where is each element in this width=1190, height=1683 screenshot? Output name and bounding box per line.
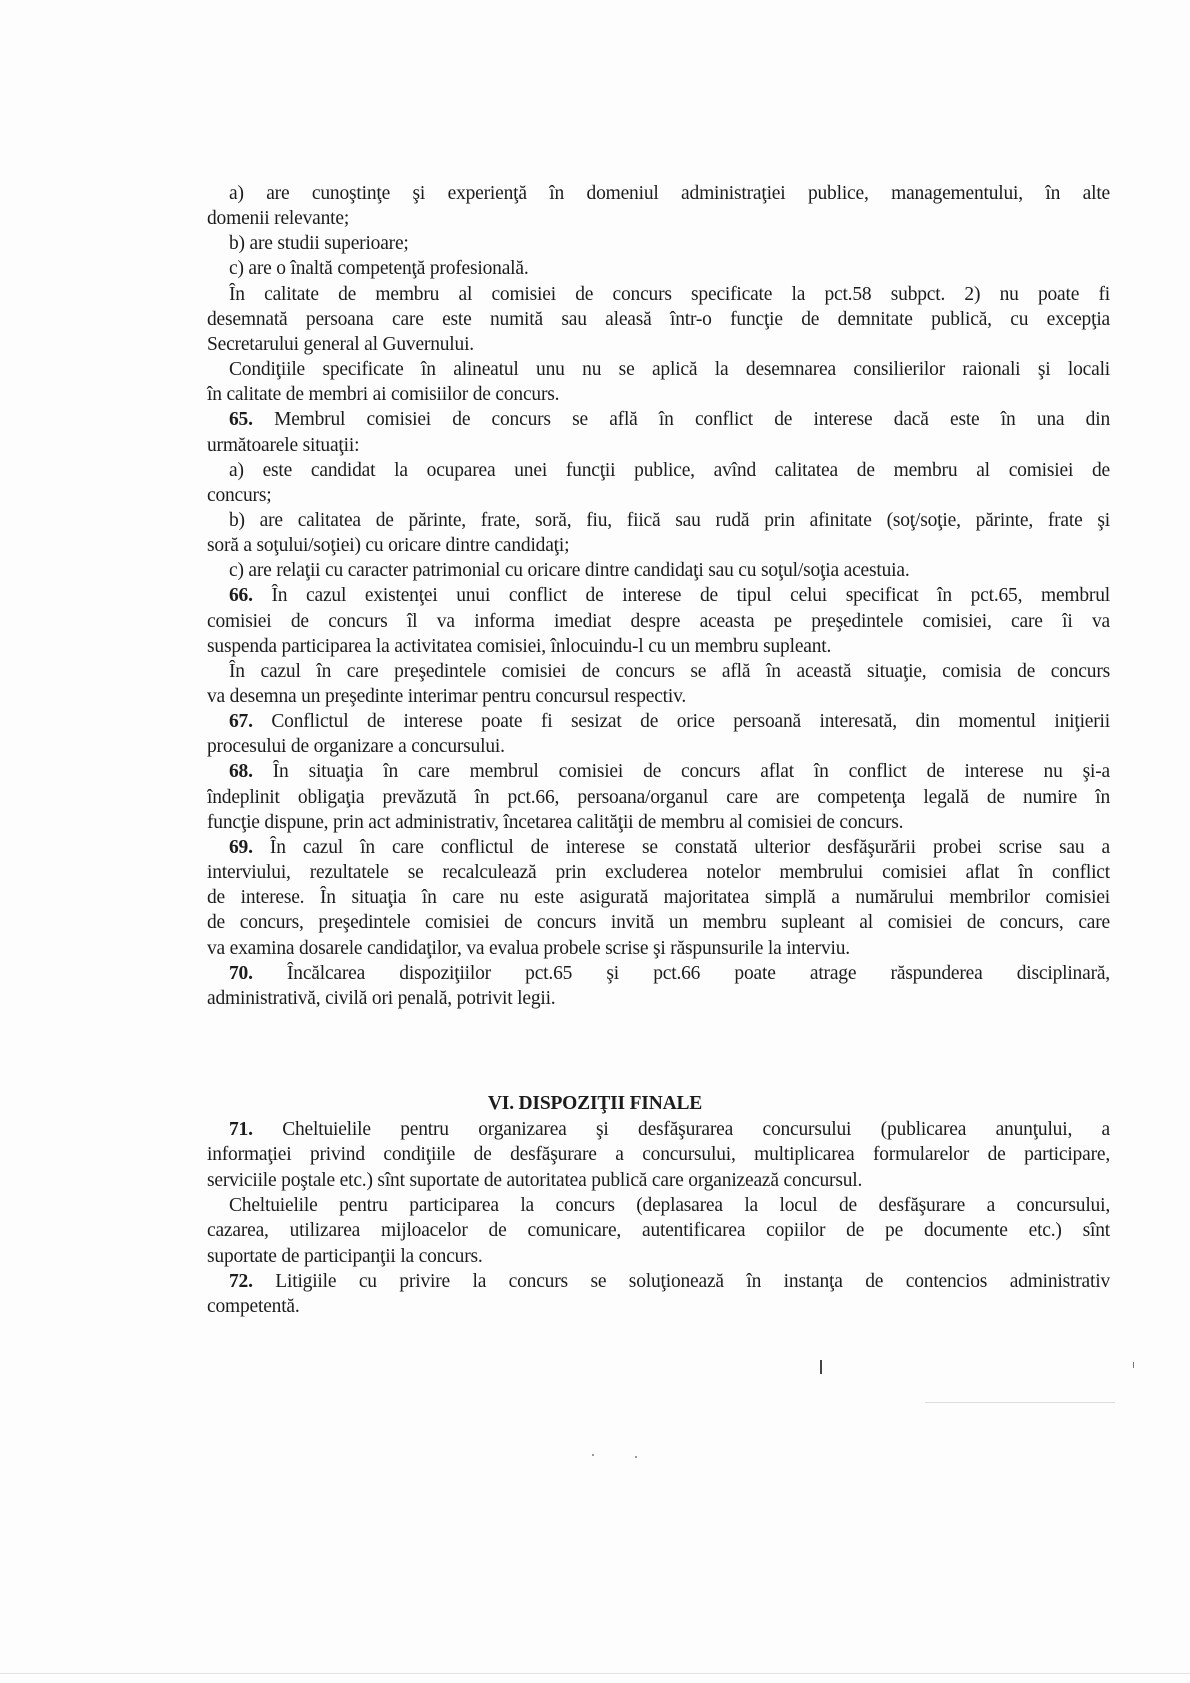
paragraph-line: domenii relevante; xyxy=(207,207,349,231)
point-number: 65. xyxy=(229,409,253,430)
line-text: Conflictul de interese poate fi sesizat … xyxy=(253,711,1110,732)
line-text: În cazul existenţei unui conflict de int… xyxy=(253,585,1110,606)
paragraph-line: Condiţiile specificate în alineatul unu … xyxy=(229,358,1110,382)
line-text: următoarele situaţii: xyxy=(207,435,359,456)
paragraph-line: în calitate de membri ai comisiilor de c… xyxy=(207,383,559,407)
point-number: 71. xyxy=(229,1119,253,1140)
line-text: În cazul în care preşedintele comisiei d… xyxy=(229,661,1110,682)
paragraph-line: de concurs, preşedintele comisiei de con… xyxy=(207,911,1110,935)
paragraph-line: a) are cunoştinţe şi experienţă în domen… xyxy=(229,182,1110,206)
line-text: soră a soţului/soţiei) cu oricare dintre… xyxy=(207,535,569,556)
paragraph-line: îndeplinit obligaţia prevăzută în pct.66… xyxy=(207,786,1110,810)
paragraph-line: serviciile poştale etc.) sînt suportate … xyxy=(207,1169,862,1193)
paragraph-line: soră a soţului/soţiei) cu oricare dintre… xyxy=(207,534,569,558)
paragraph-line: desemnată persoana care este numită sau … xyxy=(207,308,1110,332)
paragraph-line: a) este candidat la ocuparea unei funcţi… xyxy=(229,459,1110,483)
paragraph-line: c) are relaţii cu caracter patrimonial c… xyxy=(229,559,910,583)
scan-mark xyxy=(592,1454,594,1456)
line-text: de interese. În situaţia în care nu este… xyxy=(207,887,1110,908)
line-text: va desemna un preşedinte interimar pentr… xyxy=(207,686,686,707)
line-text: informaţiei privind condiţiile de desfăş… xyxy=(207,1144,1110,1165)
line-text: Încălcarea dispoziţiilor pct.65 şi pct.6… xyxy=(253,963,1110,984)
point-number: 70. xyxy=(229,963,253,984)
line-text: c) are o înaltă competenţă profesională. xyxy=(229,258,529,279)
point-number: 66. xyxy=(229,585,253,606)
line-text: b) are studii superioare; xyxy=(229,233,409,254)
line-text: competentă. xyxy=(207,1296,300,1317)
line-text: în calitate de membri ai comisiilor de c… xyxy=(207,384,559,405)
line-text: c) are relaţii cu caracter patrimonial c… xyxy=(229,560,910,581)
paragraph-line: suspenda participarea la activitatea com… xyxy=(207,635,831,659)
paragraph-line: interviului, rezultatele se recalculează… xyxy=(207,861,1110,885)
paragraph-line: va examina dosarele candidaţilor, va eva… xyxy=(207,937,850,961)
paragraph-line: informaţiei privind condiţiile de desfăş… xyxy=(207,1143,1110,1167)
paragraph-line: suportate de participanţii la concurs. xyxy=(207,1245,483,1269)
line-text: Cheltuielile pentru organizarea şi desfă… xyxy=(253,1119,1110,1140)
scan-mark xyxy=(635,1456,637,1458)
paragraph-line: Cheltuielile pentru participarea la conc… xyxy=(229,1194,1110,1218)
paragraph-line: Secretarului general al Guvernului. xyxy=(207,333,474,357)
paragraph-line-numbered: 65. Membrul comisiei de concurs se află … xyxy=(229,408,1110,432)
line-text: interviului, rezultatele se recalculează… xyxy=(207,862,1110,883)
line-text: Litigiile cu privire la concurs se soluţ… xyxy=(253,1271,1110,1292)
line-text: comisiei de concurs îl va informa imedia… xyxy=(207,611,1110,632)
line-text: Cheltuielile pentru participarea la conc… xyxy=(229,1195,1110,1216)
point-number: 72. xyxy=(229,1271,253,1292)
point-number: 67. xyxy=(229,711,253,732)
section-heading: VI. DISPOZIŢII FINALE xyxy=(0,1092,1190,1116)
paragraph-line-numbered: 70. Încălcarea dispoziţiilor pct.65 şi p… xyxy=(229,962,1110,986)
line-text: serviciile poştale etc.) sînt suportate … xyxy=(207,1170,862,1191)
paragraph-line-numbered: 66. În cazul existenţei unui conflict de… xyxy=(229,584,1110,608)
paragraph-line: de interese. În situaţia în care nu este… xyxy=(207,886,1110,910)
line-text: domenii relevante; xyxy=(207,208,349,229)
paragraph-line: c) are o înaltă competenţă profesională. xyxy=(229,257,529,281)
paragraph-line: procesului de organizare a concursului. xyxy=(207,735,505,759)
line-text: b) are calitatea de părinte, frate, soră… xyxy=(229,510,1110,531)
scan-mark xyxy=(820,1360,822,1374)
paragraph-line: cazarea, utilizarea mijloacelor de comun… xyxy=(207,1219,1110,1243)
line-text: concurs; xyxy=(207,485,271,506)
line-text: va examina dosarele candidaţilor, va eva… xyxy=(207,938,850,959)
paragraph-line-numbered: 67. Conflictul de interese poate fi sesi… xyxy=(229,710,1110,734)
line-text: cazarea, utilizarea mijloacelor de comun… xyxy=(207,1220,1110,1241)
paragraph-line-numbered: 72. Litigiile cu privire la concurs se s… xyxy=(229,1270,1110,1294)
line-text: de concurs, preşedintele comisiei de con… xyxy=(207,912,1110,933)
line-text: îndeplinit obligaţia prevăzută în pct.66… xyxy=(207,787,1110,808)
line-text: Condiţiile specificate în alineatul unu … xyxy=(229,359,1110,380)
scan-mark xyxy=(1133,1362,1134,1368)
paragraph-line: va desemna un preşedinte interimar pentr… xyxy=(207,685,686,709)
paragraph-line: administrativă, civilă ori penală, potri… xyxy=(207,987,555,1011)
paragraph-line: În calitate de membru al comisiei de con… xyxy=(229,283,1110,307)
line-text: procesului de organizare a concursului. xyxy=(207,736,505,757)
point-number: 69. xyxy=(229,837,253,858)
line-text: funcţie dispune, prin act administrativ,… xyxy=(207,812,903,833)
paragraph-line: următoarele situaţii: xyxy=(207,434,359,458)
line-text: În calitate de membru al comisiei de con… xyxy=(229,284,1110,305)
paragraph-line: b) are studii superioare; xyxy=(229,232,409,256)
paragraph-line: comisiei de concurs îl va informa imedia… xyxy=(207,610,1110,634)
line-text: Membrul comisiei de concurs se află în c… xyxy=(253,409,1110,430)
paragraph-line: b) are calitatea de părinte, frate, soră… xyxy=(229,509,1110,533)
page-edge xyxy=(0,1673,1190,1674)
paragraph-line: concurs; xyxy=(207,484,271,508)
paragraph-line-numbered: 71. Cheltuielile pentru organizarea şi d… xyxy=(229,1118,1110,1142)
line-text: suspenda participarea la activitatea com… xyxy=(207,636,831,657)
line-text: a) are cunoştinţe şi experienţă în domen… xyxy=(229,183,1110,204)
line-text: Secretarului general al Guvernului. xyxy=(207,334,474,355)
line-text: a) este candidat la ocuparea unei funcţi… xyxy=(229,460,1110,481)
line-text: În situaţia în care membrul comisiei de … xyxy=(253,761,1110,782)
point-number: 68. xyxy=(229,761,253,782)
paragraph-line: competentă. xyxy=(207,1295,300,1319)
scan-mark xyxy=(925,1402,1115,1403)
line-text: desemnată persoana care este numită sau … xyxy=(207,309,1110,330)
paragraph-line-numbered: 68. În situaţia în care membrul comisiei… xyxy=(229,760,1110,784)
paragraph-line-numbered: 69. În cazul în care conflictul de inter… xyxy=(229,836,1110,860)
line-text: suportate de participanţii la concurs. xyxy=(207,1246,483,1267)
paragraph-line: În cazul în care preşedintele comisiei d… xyxy=(229,660,1110,684)
line-text: administrativă, civilă ori penală, potri… xyxy=(207,988,555,1009)
paragraph-line: funcţie dispune, prin act administrativ,… xyxy=(207,811,903,835)
document-page: a) are cunoştinţe şi experienţă în domen… xyxy=(0,0,1190,1683)
line-text: În cazul în care conflictul de interese … xyxy=(253,837,1110,858)
